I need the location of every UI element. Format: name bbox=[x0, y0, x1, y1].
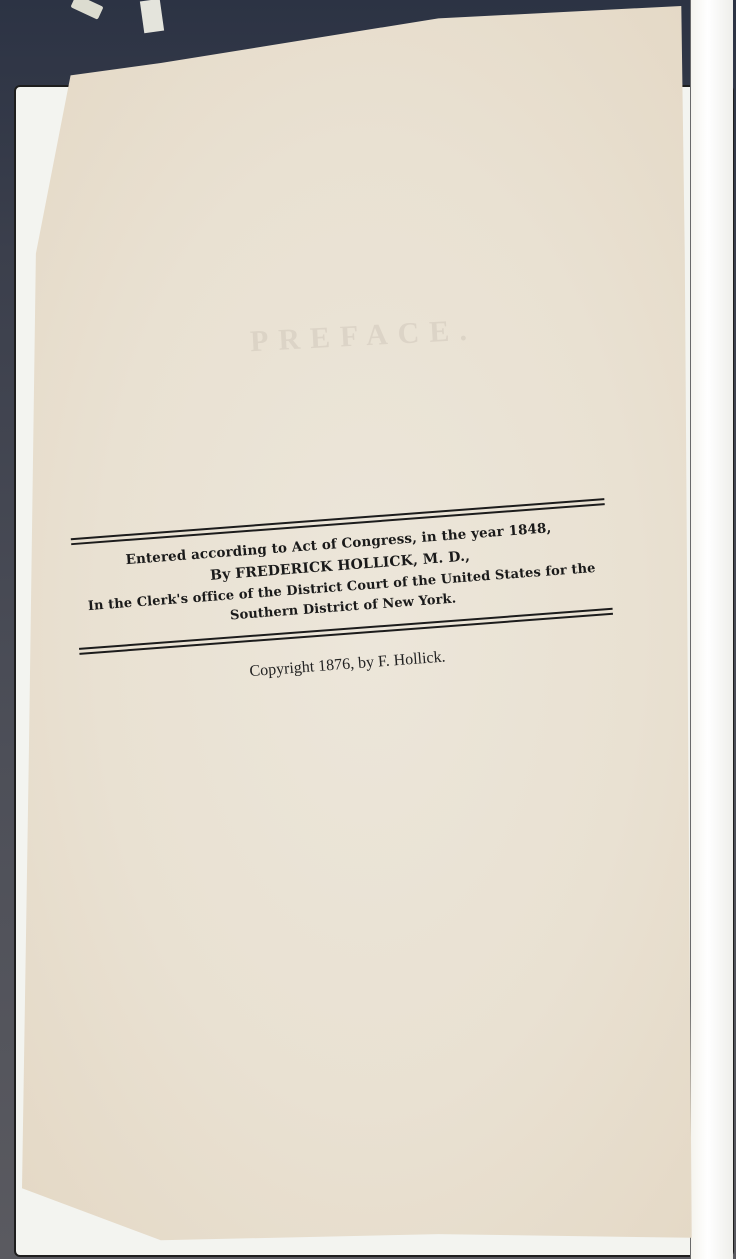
page-edge bbox=[690, 0, 733, 1259]
paper-scrap bbox=[140, 0, 164, 33]
paper-scrap bbox=[70, 0, 103, 20]
copyright-block: Entered according to Act of Congress, in… bbox=[63, 468, 623, 728]
copyright-1876: Copyright 1876, by F. Hollick. bbox=[75, 635, 620, 694]
